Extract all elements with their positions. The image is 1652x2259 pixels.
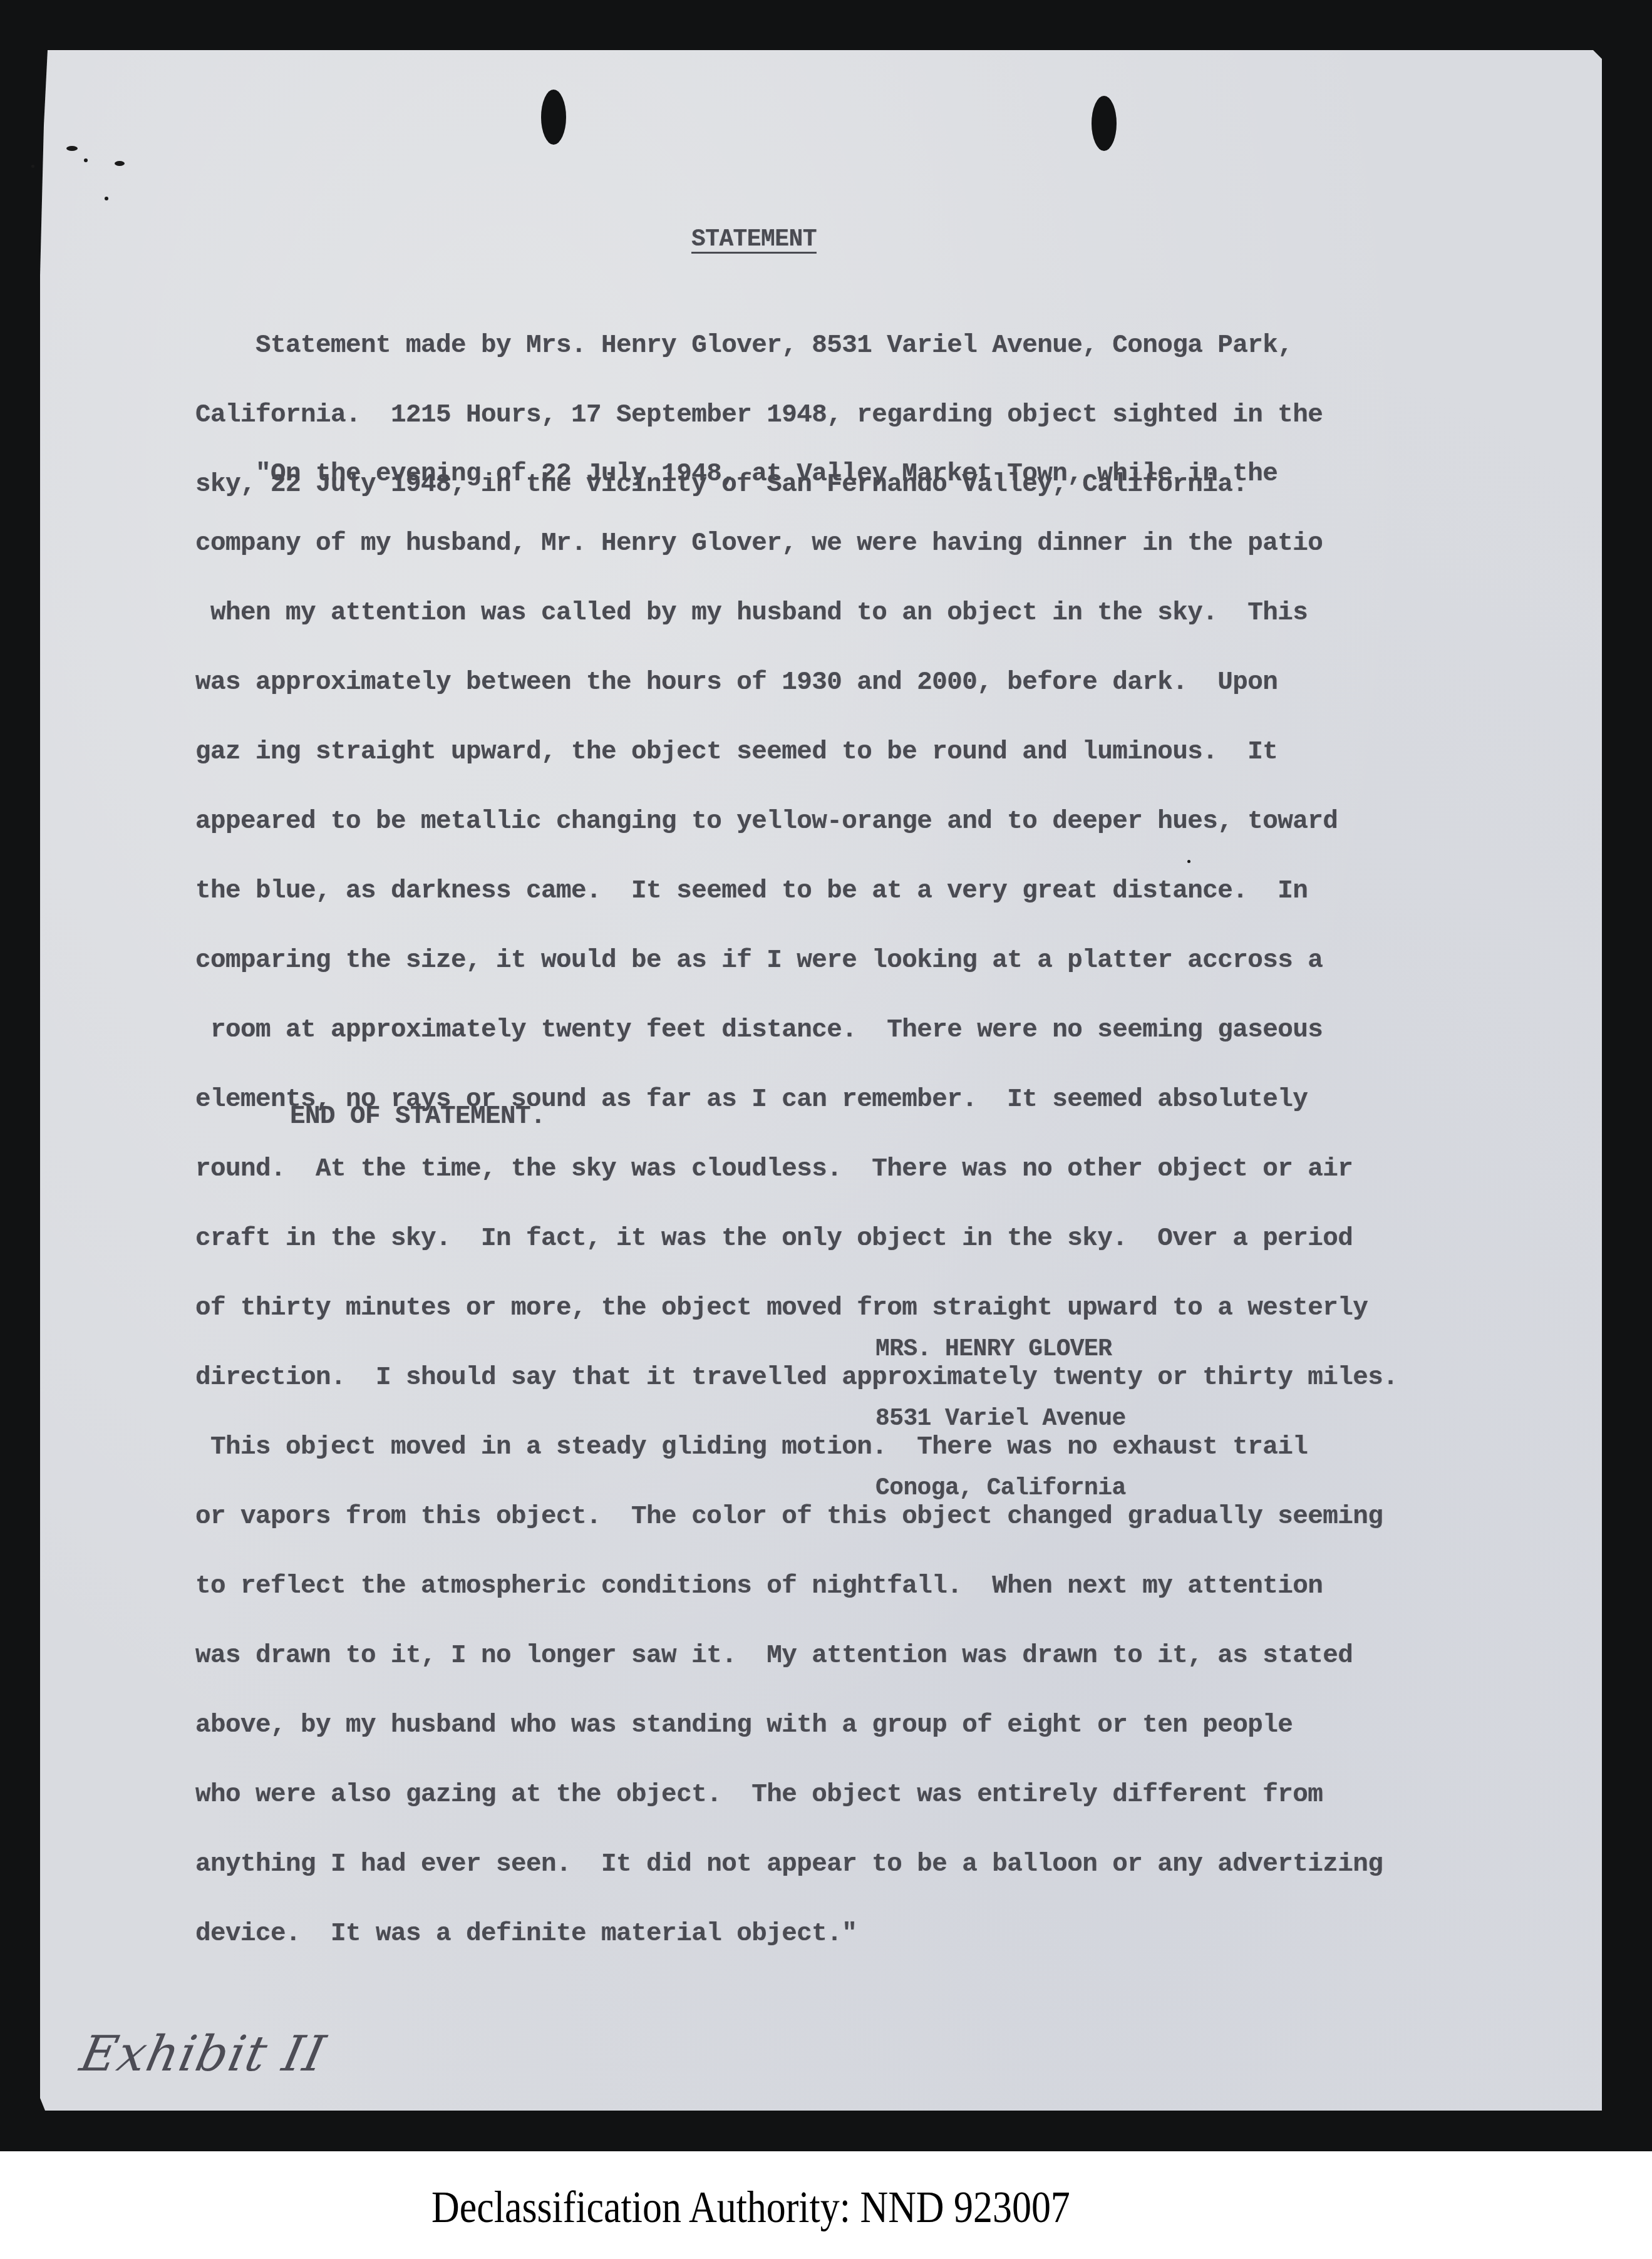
punch-hole-right (1092, 96, 1117, 151)
quote-line: gaz ing straight upward, the object seem… (195, 741, 1398, 764)
quote-line: was approximately between the hours of 1… (195, 671, 1398, 695)
quote-line: above, by my husband who was standing wi… (195, 1714, 1398, 1737)
quote-line: appeared to be metallic changing to yell… (195, 810, 1398, 834)
quote-line: round. At the time, the sky was cloudles… (195, 1158, 1398, 1181)
quote-line: company of my husband, Mr. Henry Glover,… (195, 532, 1398, 556)
intro-line: Statement made by Mrs. Henry Glover, 853… (195, 334, 1323, 358)
quote-line: comparing the size, it would be as if I … (195, 949, 1398, 973)
quote-line: of thirty minutes or more, the object mo… (195, 1297, 1398, 1320)
signature-name: MRS. HENRY GLOVER (875, 1338, 1126, 1361)
declassification-authority: Declassification Authority: NND 923007 (431, 2181, 1070, 2233)
end-of-statement: END OF STATEMENT. (290, 1105, 545, 1129)
signature-address: 8531 Variel Avenue (875, 1407, 1126, 1430)
quote-line: device. It was a definite material objec… (195, 1923, 1398, 1946)
paper-speck (105, 197, 108, 200)
quote-line: was drawn to it, I no longer saw it. My … (195, 1645, 1398, 1668)
paper-speck (115, 161, 125, 166)
statement-quote: "On the evening of 22 July 1948, at Vall… (195, 416, 1398, 1969)
punch-hole-left (541, 90, 566, 145)
document-title: STATEMENT (691, 228, 817, 251)
quote-line: the blue, as darkness came. It seemed to… (195, 880, 1398, 903)
footer: Declassification Authority: NND 923007 (0, 2151, 1652, 2259)
quote-line: anything I had ever seen. It did not app… (195, 1853, 1398, 1876)
signature-block: MRS. HENRY GLOVER 8531 Variel Avenue Con… (875, 1291, 1126, 1523)
quote-line: This object moved in a steady gliding mo… (195, 1436, 1398, 1459)
quote-line: or vapors from this object. The color of… (195, 1506, 1398, 1529)
quote-line: to reflect the atmospheric conditions of… (195, 1575, 1398, 1598)
paper-speck (31, 165, 34, 168)
paper-speck (84, 158, 88, 162)
handwritten-exhibit-note: Exhibit II (75, 2026, 331, 2082)
quote-line: craft in the sky. In fact, it was the on… (195, 1228, 1398, 1251)
paper-speck (66, 146, 78, 151)
quote-line: room at approximately twenty feet distan… (195, 1019, 1398, 1042)
quote-line: "On the evening of 22 July 1948, at Vall… (195, 463, 1398, 486)
quote-line: when my attention was called by my husba… (195, 602, 1398, 625)
quote-line: direction. I should say that it travelle… (195, 1367, 1398, 1390)
signature-city: Conoga, California (875, 1477, 1126, 1500)
quote-line: who were also gazing at the object. The … (195, 1784, 1398, 1807)
